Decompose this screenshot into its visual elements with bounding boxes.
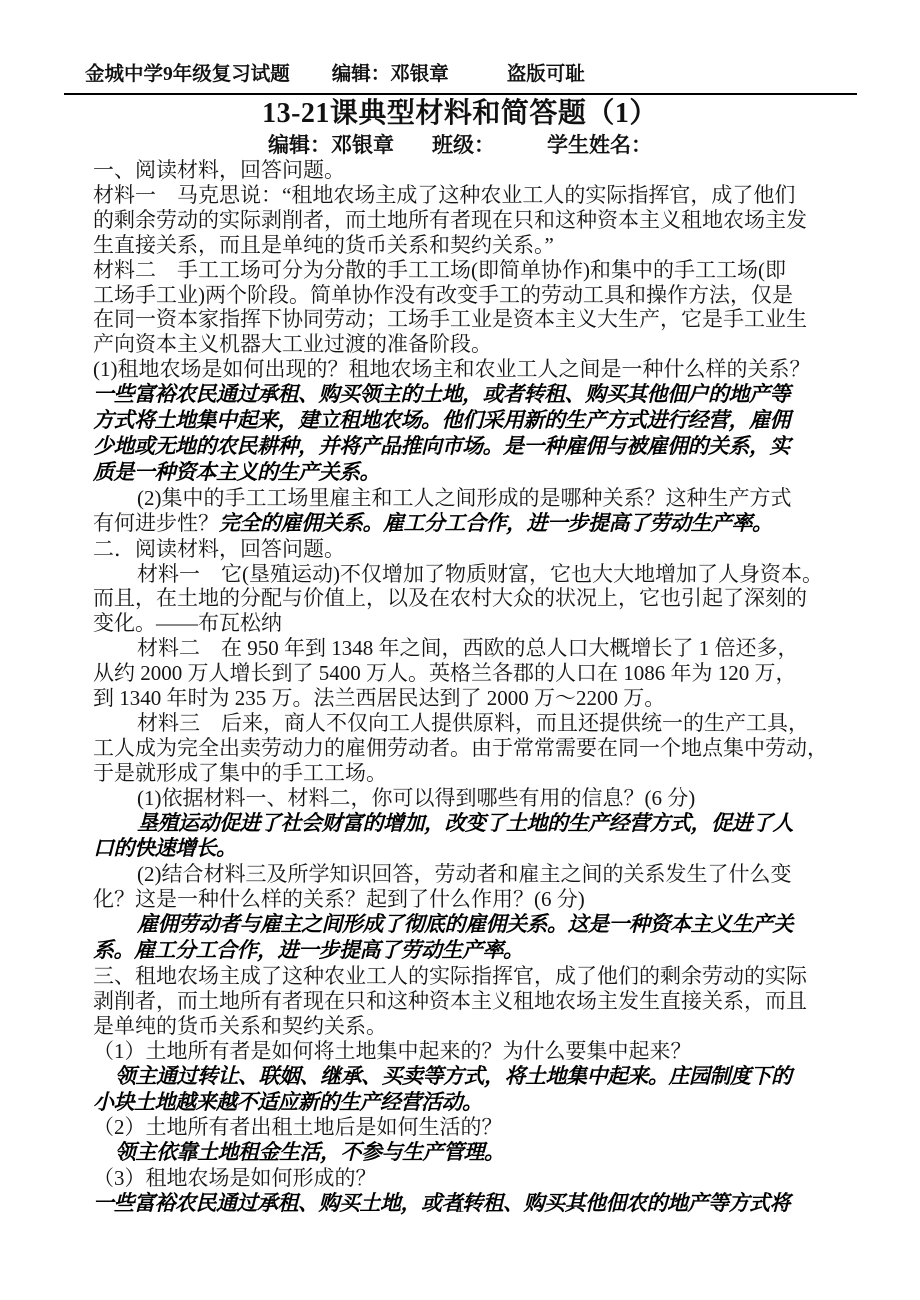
answer-text: 领主通过转让、联姻、继承、买卖等方式，将土地集中起来。庄园制度下的 (115, 1065, 792, 1088)
text-line: 剥削者，而土地所有者现在只和这种资本主义租地农场主发生直接关系，而且 (93, 989, 868, 1014)
text-line: 的剩余劳动的实际剥削者，而土地所有者现在只和这种资本主义租地农场主发 (93, 208, 868, 233)
answer-text: 垦殖运动促进了社会财富的增加，改变了土地的生产经营方式，促进了人 (137, 812, 793, 835)
question-text: (1)租地农场是如何出现的？租地农场主和农业工人之间是一种什么样的关系？ (93, 357, 810, 381)
question-text: （1）土地所有者是如何将土地集中起来的？为什么要集中起来？ (93, 1039, 692, 1063)
text-line: 方式将土地集中起来，建立租地农场。他们采用新的生产方式进行经营，雇佣 (93, 408, 868, 434)
question-text: (1)依据材料一、材料二，你可以得到哪些有用的信息？(6 分) (137, 786, 695, 810)
text-line: 有何进步性？完全的雇佣关系。雇工分工合作，进一步提高了劳动生产率。 (93, 511, 868, 537)
question-text: 化？这是一种什么样的关系？起到了什么作用？(6 分) (93, 887, 585, 911)
text-line: 领主通过转让、联姻、继承、买卖等方式，将土地集中起来。庄园制度下的 (93, 1064, 868, 1090)
text-line: 而且，在土地的分配与价值上，以及在农村大众的状况上，它也引起了深刻的 (93, 586, 868, 611)
text-line: （1）土地所有者是如何将土地集中起来的？为什么要集中起来？ (93, 1039, 868, 1064)
question-text: 二．阅读材料，回答问题。 (93, 537, 345, 561)
answer-text: 少地或无地的农民耕种，并将产品推向市场。是一种雇佣与被雇佣的关系，实 (93, 435, 790, 458)
answer-text: 系。雇工分工合作，进一步提高了劳动生产率。 (93, 939, 524, 962)
header-divider-line (64, 93, 857, 95)
page-number: 1 (0, 1196, 920, 1218)
text-line: 雇佣劳动者与雇主之间形成了彻底的雇佣关系。这是一种资本主义生产关 (93, 912, 868, 938)
text-line: (1)依据材料一、材料二，你可以得到哪些有用的信息？(6 分) (93, 786, 868, 811)
subheader-student-label: 学生姓名： (547, 133, 652, 157)
text-line: 一、阅读材料，回答问题。 (93, 158, 868, 183)
text-line: 材料二 手工工场可分为分散的手工工场(即简单协作)和集中的手工工场(即 (93, 258, 868, 283)
question-text: 从约 2000 万人增长到了 5400 万人。英格兰各郡的人口在 1086 年为… (93, 661, 797, 685)
text-line: 工人成为完全出卖劳动力的雇佣劳动者。由于常常需要在同一个地点集中劳动， (93, 736, 868, 761)
text-line: 二．阅读材料，回答问题。 (93, 537, 868, 562)
text-line: （2）土地所有者出租土地后是如何生活的？ (93, 1115, 868, 1140)
text-line: (2)结合材料三及所学知识回答，劳动者和雇主之间的关系发生了什么变 (93, 862, 868, 887)
text-line: 材料二 在 950 年到 1348 年之间，西欧的总人口大概增长了 1 倍还多， (93, 636, 868, 661)
question-text: 工场手工业)两个阶段。简单协作没有改变手工的劳动工具和操作方法，仅是 (93, 283, 793, 307)
text-line: 口的快速增长。 (93, 836, 868, 862)
text-line: 到 1340 年时为 235 万。法兰西居民达到了 2000 万～2200 万。 (93, 686, 868, 711)
question-text: 三、租地农场主成了这种农业工人的实际指挥官，成了他们的剩余劳动的实际 (93, 964, 807, 988)
text-line: 于是就形成了集中的手工工场。 (93, 761, 868, 786)
question-text: （2）土地所有者出租土地后是如何生活的？ (93, 1115, 503, 1139)
document-page: 金城中学9年级复习试题编辑：邓银章盗版可耻 13-21课典型材料和简答题（1） … (0, 0, 920, 1300)
text-line: 系。雇工分工合作，进一步提高了劳动生产率。 (93, 938, 868, 964)
question-text: (2)结合材料三及所学知识回答，劳动者和雇主之间的关系发生了什么变 (137, 862, 791, 886)
answer-text: 完全的雇佣关系。雇工分工合作，进一步提高了劳动生产率。 (219, 512, 773, 535)
answer-text: 质是一种资本主义的生产关系。 (93, 461, 380, 484)
text-line: (1)租地农场是如何出现的？租地农场主和农业工人之间是一种什么样的关系？ (93, 357, 868, 382)
text-line: 化？这是一种什么样的关系？起到了什么作用？(6 分) (93, 887, 868, 912)
question-text: 而且，在土地的分配与价值上，以及在农村大众的状况上，它也引起了深刻的 (93, 586, 807, 610)
subheader-class-label: 班级： (432, 133, 495, 157)
question-text: 有何进步性？ (93, 511, 219, 535)
answer-text: 领主依靠土地租金生活，不参与生产管理。 (115, 1141, 505, 1164)
question-text: 于是就形成了集中的手工工场。 (93, 761, 387, 785)
text-line: 三、租地农场主成了这种农业工人的实际指挥官，成了他们的剩余劳动的实际 (93, 964, 868, 989)
question-text: 到 1340 年时为 235 万。法兰西居民达到了 2000 万～2200 万。 (93, 686, 665, 710)
answer-text: 方式将土地集中起来，建立租地农场。他们采用新的生产方式进行经营，雇佣 (93, 409, 790, 432)
question-text: 工人成为完全出卖劳动力的雇佣劳动者。由于常常需要在同一个地点集中劳动， (93, 736, 828, 760)
text-line: 一些富裕农民通过承租、购买领主的土地，或者转租、购买其他佃户的地产等 (93, 382, 868, 408)
text-line: 产向资本主义机器大工业过渡的准备阶段。 (93, 332, 868, 357)
text-line: 在同一资本家指挥下协同劳动；工场手工业是资本主义大生产，它是手工业生 (93, 307, 868, 332)
question-text: 是单纯的货币关系和契约关系。 (93, 1014, 387, 1038)
text-line: 小块土地越来越不适应新的生产经营活动。 (93, 1090, 868, 1116)
text-line: 少地或无地的农民耕种，并将产品推向市场。是一种雇佣与被雇佣的关系，实 (93, 434, 868, 460)
question-text: 产向资本主义机器大工业过渡的准备阶段。 (93, 332, 492, 356)
question-text: (2)集中的手工工场里雇主和工人之间形成的是哪种关系？这种生产方式 (137, 486, 791, 510)
question-text: 剥削者，而土地所有者现在只和这种资本主义租地农场主发生直接关系，而且 (93, 989, 807, 1013)
header-school-name: 金城中学9年级复习试题 (85, 64, 290, 85)
answer-text: 雇佣劳动者与雇主之间形成了彻底的雇佣关系。这是一种资本主义生产关 (137, 913, 793, 936)
text-line: 垦殖运动促进了社会财富的增加，改变了土地的生产经营方式，促进了人 (93, 811, 868, 837)
question-text: 生直接关系，而且是单纯的货币关系和契约关系。” (93, 233, 554, 257)
text-line: 材料一 马克思说：“租地农场主成了这种农业工人的实际指挥官，成了他们 (93, 183, 868, 208)
document-title: 13-21课典型材料和简答题（1） (0, 97, 920, 131)
text-line: 变化。——布瓦松纳 (93, 611, 868, 636)
answer-text: 小块土地越来越不适应新的生产经营活动。 (93, 1091, 483, 1114)
text-line: 从约 2000 万人增长到了 5400 万人。英格兰各郡的人口在 1086 年为… (93, 661, 868, 686)
question-text: 材料一 马克思说：“租地农场主成了这种农业工人的实际指挥官，成了他们 (93, 183, 795, 207)
subheader-editor: 编辑：邓银章 (268, 133, 394, 157)
question-text: （3）租地农场是如何形成的？ (93, 1166, 377, 1190)
text-line: 质是一种资本主义的生产关系。 (93, 460, 868, 486)
text-line: 是单纯的货币关系和契约关系。 (93, 1014, 868, 1039)
header-warning: 盗版可耻 (507, 64, 585, 85)
text-line: 材料一 它(垦殖运动)不仅增加了物质财富，它也大大地增加了人身资本。 (93, 562, 868, 587)
document-subheader: 编辑：邓银章班级：学生姓名： (0, 133, 920, 158)
text-line: 工场手工业)两个阶段。简单协作没有改变手工的劳动工具和操作方法，仅是 (93, 283, 868, 308)
question-text: 变化。——布瓦松纳 (93, 611, 282, 635)
answer-text: 一些富裕农民通过承租、购买领主的土地，或者转租、购买其他佃户的地产等 (93, 383, 790, 406)
text-line: （3）租地农场是如何形成的？ (93, 1166, 868, 1191)
text-line: 材料三 后来，商人不仅向工人提供原料，而且还提供统一的生产工具， (93, 711, 868, 736)
question-text: 材料三 后来，商人不仅向工人提供原料，而且还提供统一的生产工具， (137, 711, 809, 735)
text-line: 领主依靠土地租金生活，不参与生产管理。 (93, 1140, 868, 1166)
header-editor: 编辑：邓银章 (332, 64, 449, 85)
text-line: 生直接关系，而且是单纯的货币关系和契约关系。” (93, 233, 868, 258)
question-text: 材料一 它(垦殖运动)不仅增加了物质财富，它也大大地增加了人身资本。 (137, 562, 823, 586)
page-header: 金城中学9年级复习试题编辑：邓银章盗版可耻 (85, 63, 860, 87)
text-line: (2)集中的手工工场里雇主和工人之间形成的是哪种关系？这种生产方式 (93, 486, 868, 511)
question-text: 在同一资本家指挥下协同劳动；工场手工业是资本主义大生产，它是手工业生 (93, 307, 807, 331)
answer-text: 口的快速增长。 (93, 837, 237, 860)
question-text: 一、阅读材料，回答问题。 (93, 158, 345, 182)
document-lines: 一、阅读材料，回答问题。材料一 马克思说：“租地农场主成了这种农业工人的实际指挥… (93, 158, 868, 1217)
question-text: 的剩余劳动的实际剥削者，而土地所有者现在只和这种资本主义租地农场主发 (93, 208, 807, 232)
question-text: 材料二 手工工场可分为分散的手工工场(即简单协作)和集中的手工工场(即 (93, 258, 786, 282)
question-text: 材料二 在 950 年到 1348 年之间，西欧的总人口大概增长了 1 倍还多， (137, 636, 799, 660)
